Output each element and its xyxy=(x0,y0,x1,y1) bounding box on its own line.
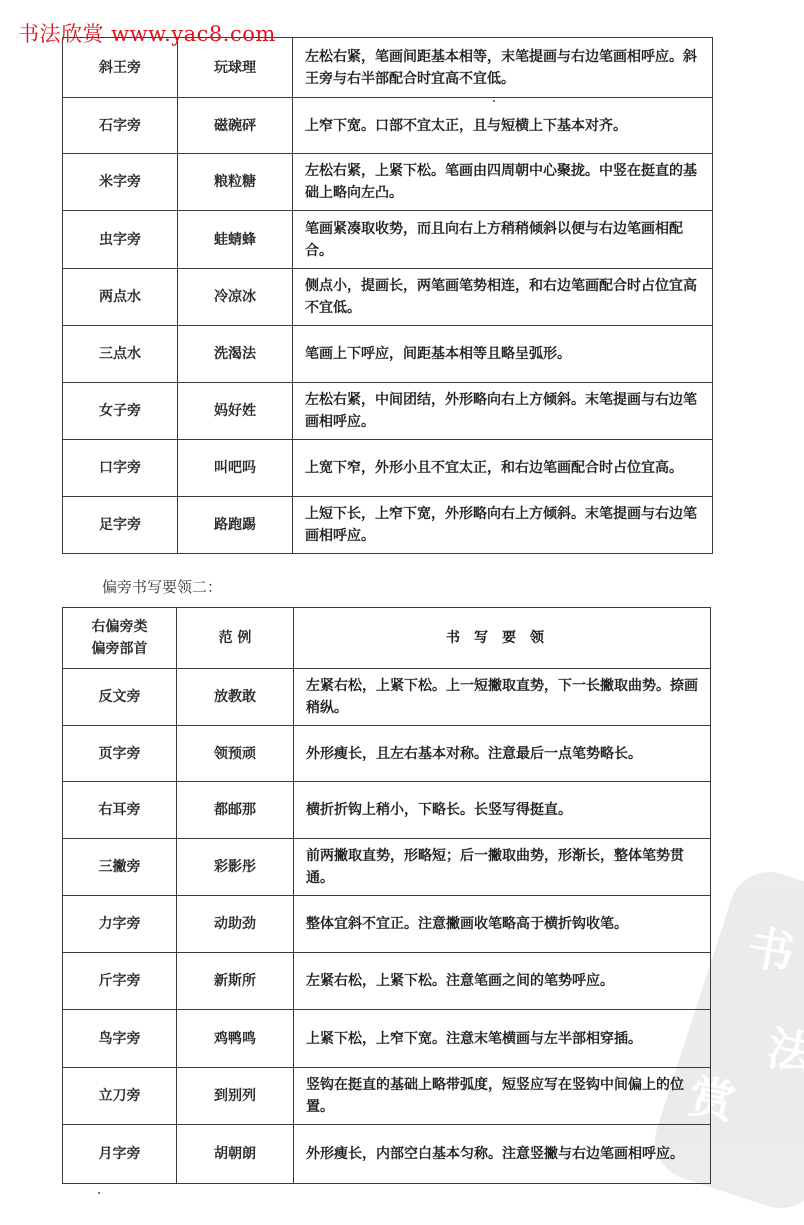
tips-cell: 横折折钩上稍小，下略长。长竖写得挺直。 xyxy=(294,782,711,839)
table-row: 鸟字旁 鸡鸭鸣 上紧下松，上窄下宽。注意末笔横画与左半部相穿插。 xyxy=(63,1010,711,1068)
site-watermark: 书法欣赏 www.yac8.com xyxy=(18,18,276,48)
radical-cell: 右耳旁 xyxy=(63,782,177,839)
tips-cell: 笔画紧凑取收势，而且向右上方稍稍倾斜以便与右边笔画相配合。 xyxy=(293,211,713,269)
tips-cell: 左松右紧，笔画间距基本相等，末笔提画与右边笔画相呼应。斜王旁与右半部配合时宜高不… xyxy=(293,38,713,98)
examples-cell: 冷凉冰 xyxy=(178,269,293,326)
examples-cell: 粮粒糖 xyxy=(178,154,293,211)
header-radical-line1: 右偏旁类 xyxy=(63,616,176,638)
radical-cell: 两点水 xyxy=(63,269,178,326)
radical-cell: 虫字旁 xyxy=(63,211,178,269)
table-header-row: 右偏旁类 偏旁部首 范 例 书写要领 xyxy=(63,608,711,669)
examples-cell: 彩影彤 xyxy=(177,839,294,896)
table-row: 石字旁 磁碗砰 上窄下宽。口部不宜太正，且与短横上下基本对齐。 xyxy=(63,98,713,154)
examples-cell: 动助劲 xyxy=(177,896,294,953)
examples-cell: 洗渴法 xyxy=(178,326,293,383)
radical-table-right: 右偏旁类 偏旁部首 范 例 书写要领 反文旁 放教敢 左紧右松，上紧下松。上一短… xyxy=(62,607,711,1184)
table-row: 足字旁 路跑踢 上短下长，上窄下宽，外形略向右上方倾斜。末笔提画与右边笔画相呼应… xyxy=(63,497,713,554)
radical-cell: 鸟字旁 xyxy=(63,1010,177,1068)
radical-cell: 三点水 xyxy=(63,326,178,383)
tips-cell: 上短下长，上窄下宽，外形略向右上方倾斜。末笔提画与右边笔画相呼应。 xyxy=(293,497,713,554)
table-row: 两点水 冷凉冰 侧点小，提画长，两笔画笔势相连，和右边笔画配合时占位宜高不宜低。 xyxy=(63,269,713,326)
radical-cell: 足字旁 xyxy=(63,497,178,554)
table-row: 三撇旁 彩影彤 前两撇取直势，形略短；后一撇取曲势，形渐长，整体笔势贯通。 xyxy=(63,839,711,896)
table-row: 力字旁 动助劲 整体宜斜不宜正。注意撇画收笔略高于横折钩收笔。 xyxy=(63,896,711,953)
header-radical-line2: 偏旁部首 xyxy=(63,638,176,660)
radical-cell: 女子旁 xyxy=(63,383,178,440)
examples-cell: 鸡鸭鸣 xyxy=(177,1010,294,1068)
header-radical: 右偏旁类 偏旁部首 xyxy=(63,608,177,669)
tips-cell: 左紧右松，上紧下松。上一短撇取直势，下一长撇取曲势。捺画稍纵。 xyxy=(294,669,711,726)
examples-cell: 放教敢 xyxy=(177,669,294,726)
table-row: 反文旁 放教敢 左紧右松，上紧下松。上一短撇取直势，下一长撇取曲势。捺画稍纵。 xyxy=(63,669,711,726)
examples-cell: 新斯所 xyxy=(177,953,294,1010)
tips-cell: 整体宜斜不宜正。注意撇画收笔略高于横折钩收笔。 xyxy=(294,896,711,953)
examples-cell: 到别列 xyxy=(177,1068,294,1125)
tips-cell: 上紧下松，上窄下宽。注意末笔横画与左半部相穿插。 xyxy=(294,1010,711,1068)
table-row: 月字旁 胡朝朗 外形瘦长，内部空白基本匀称。注意竖撇与右边笔画相呼应。 xyxy=(63,1125,711,1184)
tips-cell: 上窄下宽。口部不宜太正，且与短横上下基本对齐。 xyxy=(293,98,713,154)
tips-cell: 外形瘦长，内部空白基本匀称。注意竖撇与右边笔画相呼应。 xyxy=(294,1125,711,1184)
examples-cell: 胡朝朗 xyxy=(177,1125,294,1184)
examples-cell: 都邮那 xyxy=(177,782,294,839)
table-row: 页字旁 领预顽 外形瘦长，且左右基本对称。注意最后一点笔势略长。 xyxy=(63,726,711,782)
radical-cell: 石字旁 xyxy=(63,98,178,154)
radical-cell: 月字旁 xyxy=(63,1125,177,1184)
table-row: 虫字旁 蛙蜻蜂 笔画紧凑取收势，而且向右上方稍稍倾斜以便与右边笔画相配合。 xyxy=(63,211,713,269)
table-row: 米字旁 粮粒糖 左松右紧，上紧下松。笔画由四周朝中心聚拢。中竖在挺直的基础上略向… xyxy=(63,154,713,211)
table-row: 口字旁 叫吧吗 上宽下窄，外形小且不宜太正，和右边笔画配合时占位宜高。 xyxy=(63,440,713,497)
tips-cell: 笔画上下呼应，间距基本相等且略呈弧形。 xyxy=(293,326,713,383)
table-row: 女子旁 妈好姓 左松右紧，中间团结，外形略向右上方倾斜。末笔提画与右边笔画相呼应… xyxy=(63,383,713,440)
radical-cell: 反文旁 xyxy=(63,669,177,726)
radical-cell: 力字旁 xyxy=(63,896,177,953)
section-title: 偏旁书写要领二： xyxy=(102,576,222,597)
tips-cell: 侧点小，提画长，两笔画笔势相连，和右边笔画配合时占位宜高不宜低。 xyxy=(293,269,713,326)
tips-cell: 竖钩在挺直的基础上略带弧度，短竖应写在竖钩中间偏上的位置。 xyxy=(294,1068,711,1125)
examples-cell: 叫吧吗 xyxy=(178,440,293,497)
radical-table-left: 斜王旁 玩球理 左松右紧，笔画间距基本相等，末笔提画与右边笔画相呼应。斜王旁与右… xyxy=(62,37,713,554)
table-row: 三点水 洗渴法 笔画上下呼应，间距基本相等且略呈弧形。 xyxy=(63,326,713,383)
tips-cell: 左紧右松，上紧下松。注意笔画之间的笔势呼应。 xyxy=(294,953,711,1010)
radical-cell: 三撇旁 xyxy=(63,839,177,896)
tips-cell: 左松右紧，上紧下松。笔画由四周朝中心聚拢。中竖在挺直的基础上略向左凸。 xyxy=(293,154,713,211)
tips-cell: 外形瘦长，且左右基本对称。注意最后一点笔势略长。 xyxy=(294,726,711,782)
tips-cell: 前两撇取直势，形略短；后一撇取曲势，形渐长，整体笔势贯通。 xyxy=(294,839,711,896)
radical-cell: 页字旁 xyxy=(63,726,177,782)
radical-cell: 斤字旁 xyxy=(63,953,177,1010)
table-row: 立刀旁 到别列 竖钩在挺直的基础上略带弧度，短竖应写在竖钩中间偏上的位置。 xyxy=(63,1068,711,1125)
examples-cell: 磁碗砰 xyxy=(178,98,293,154)
examples-cell: 领预顽 xyxy=(177,726,294,782)
radical-cell: 立刀旁 xyxy=(63,1068,177,1125)
tips-cell: 上宽下窄，外形小且不宜太正，和右边笔画配合时占位宜高。 xyxy=(293,440,713,497)
examples-cell: 蛙蜻蜂 xyxy=(178,211,293,269)
scan-speck xyxy=(98,1192,100,1194)
header-examples: 范 例 xyxy=(177,608,294,669)
table-row: 斤字旁 新斯所 左紧右松，上紧下松。注意笔画之间的笔势呼应。 xyxy=(63,953,711,1010)
tips-cell: 左松右紧，中间团结，外形略向右上方倾斜。末笔提画与右边笔画相呼应。 xyxy=(293,383,713,440)
radical-cell: 口字旁 xyxy=(63,440,178,497)
table-row: 右耳旁 都邮那 横折折钩上稍小，下略长。长竖写得挺直。 xyxy=(63,782,711,839)
examples-cell: 妈好姓 xyxy=(178,383,293,440)
examples-cell: 路跑踢 xyxy=(178,497,293,554)
radical-cell: 米字旁 xyxy=(63,154,178,211)
header-tips: 书写要领 xyxy=(294,608,711,669)
